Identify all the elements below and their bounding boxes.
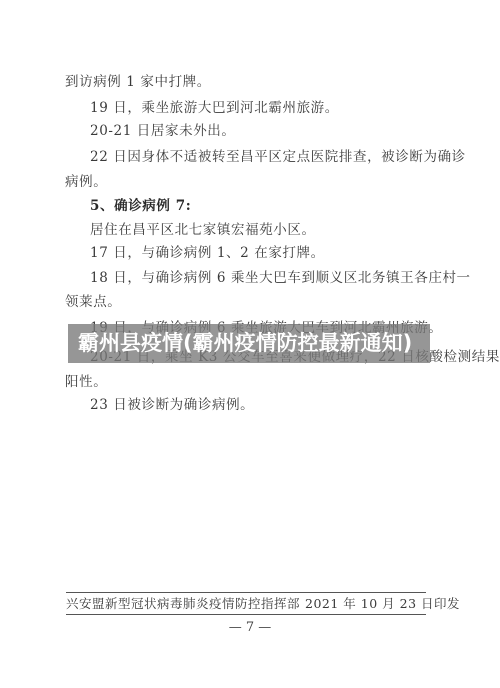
footer-issuer: 兴安盟新型冠状病毒肺炎疫情防控指挥部 [66, 595, 300, 612]
body-line: 18 日，与确诊病例 6 乘坐大巴车到顺义区北务镇王各庄村一 [90, 269, 471, 287]
body-line: 22 日因身体不适被转至昌平区定点医院排查，被诊断为确诊 [90, 148, 466, 166]
page-number: — 7 — [0, 620, 500, 636]
body-line: 阳性。 [65, 373, 107, 391]
footer-bottom-rule [66, 614, 426, 615]
section-heading: 5、确诊病例 7: [90, 197, 191, 215]
body-line: 20-21 日居家未外出。 [90, 122, 236, 140]
body-line: 病例。 [65, 173, 107, 191]
body-line: 17 日，与确诊病例 1、2 在家打牌。 [90, 244, 325, 262]
body-line: 领莱点。 [65, 293, 121, 311]
overlay-title: 霸州县疫情(霸州疫情防控最新通知) [78, 327, 428, 359]
footer-top-rule [66, 592, 426, 593]
body-line: 居住在昌平区北七家镇宏福苑小区。 [90, 221, 316, 239]
footer-issue-date: 2021 年 10 月 23 日印发 [305, 595, 460, 612]
body-line: 19 日，乘坐旅游大巴到河北霸州旅游。 [90, 99, 339, 117]
body-line: 23 日被诊断为确诊病例。 [90, 396, 254, 414]
body-line: 到访病例 1 家中打牌。 [65, 73, 211, 91]
